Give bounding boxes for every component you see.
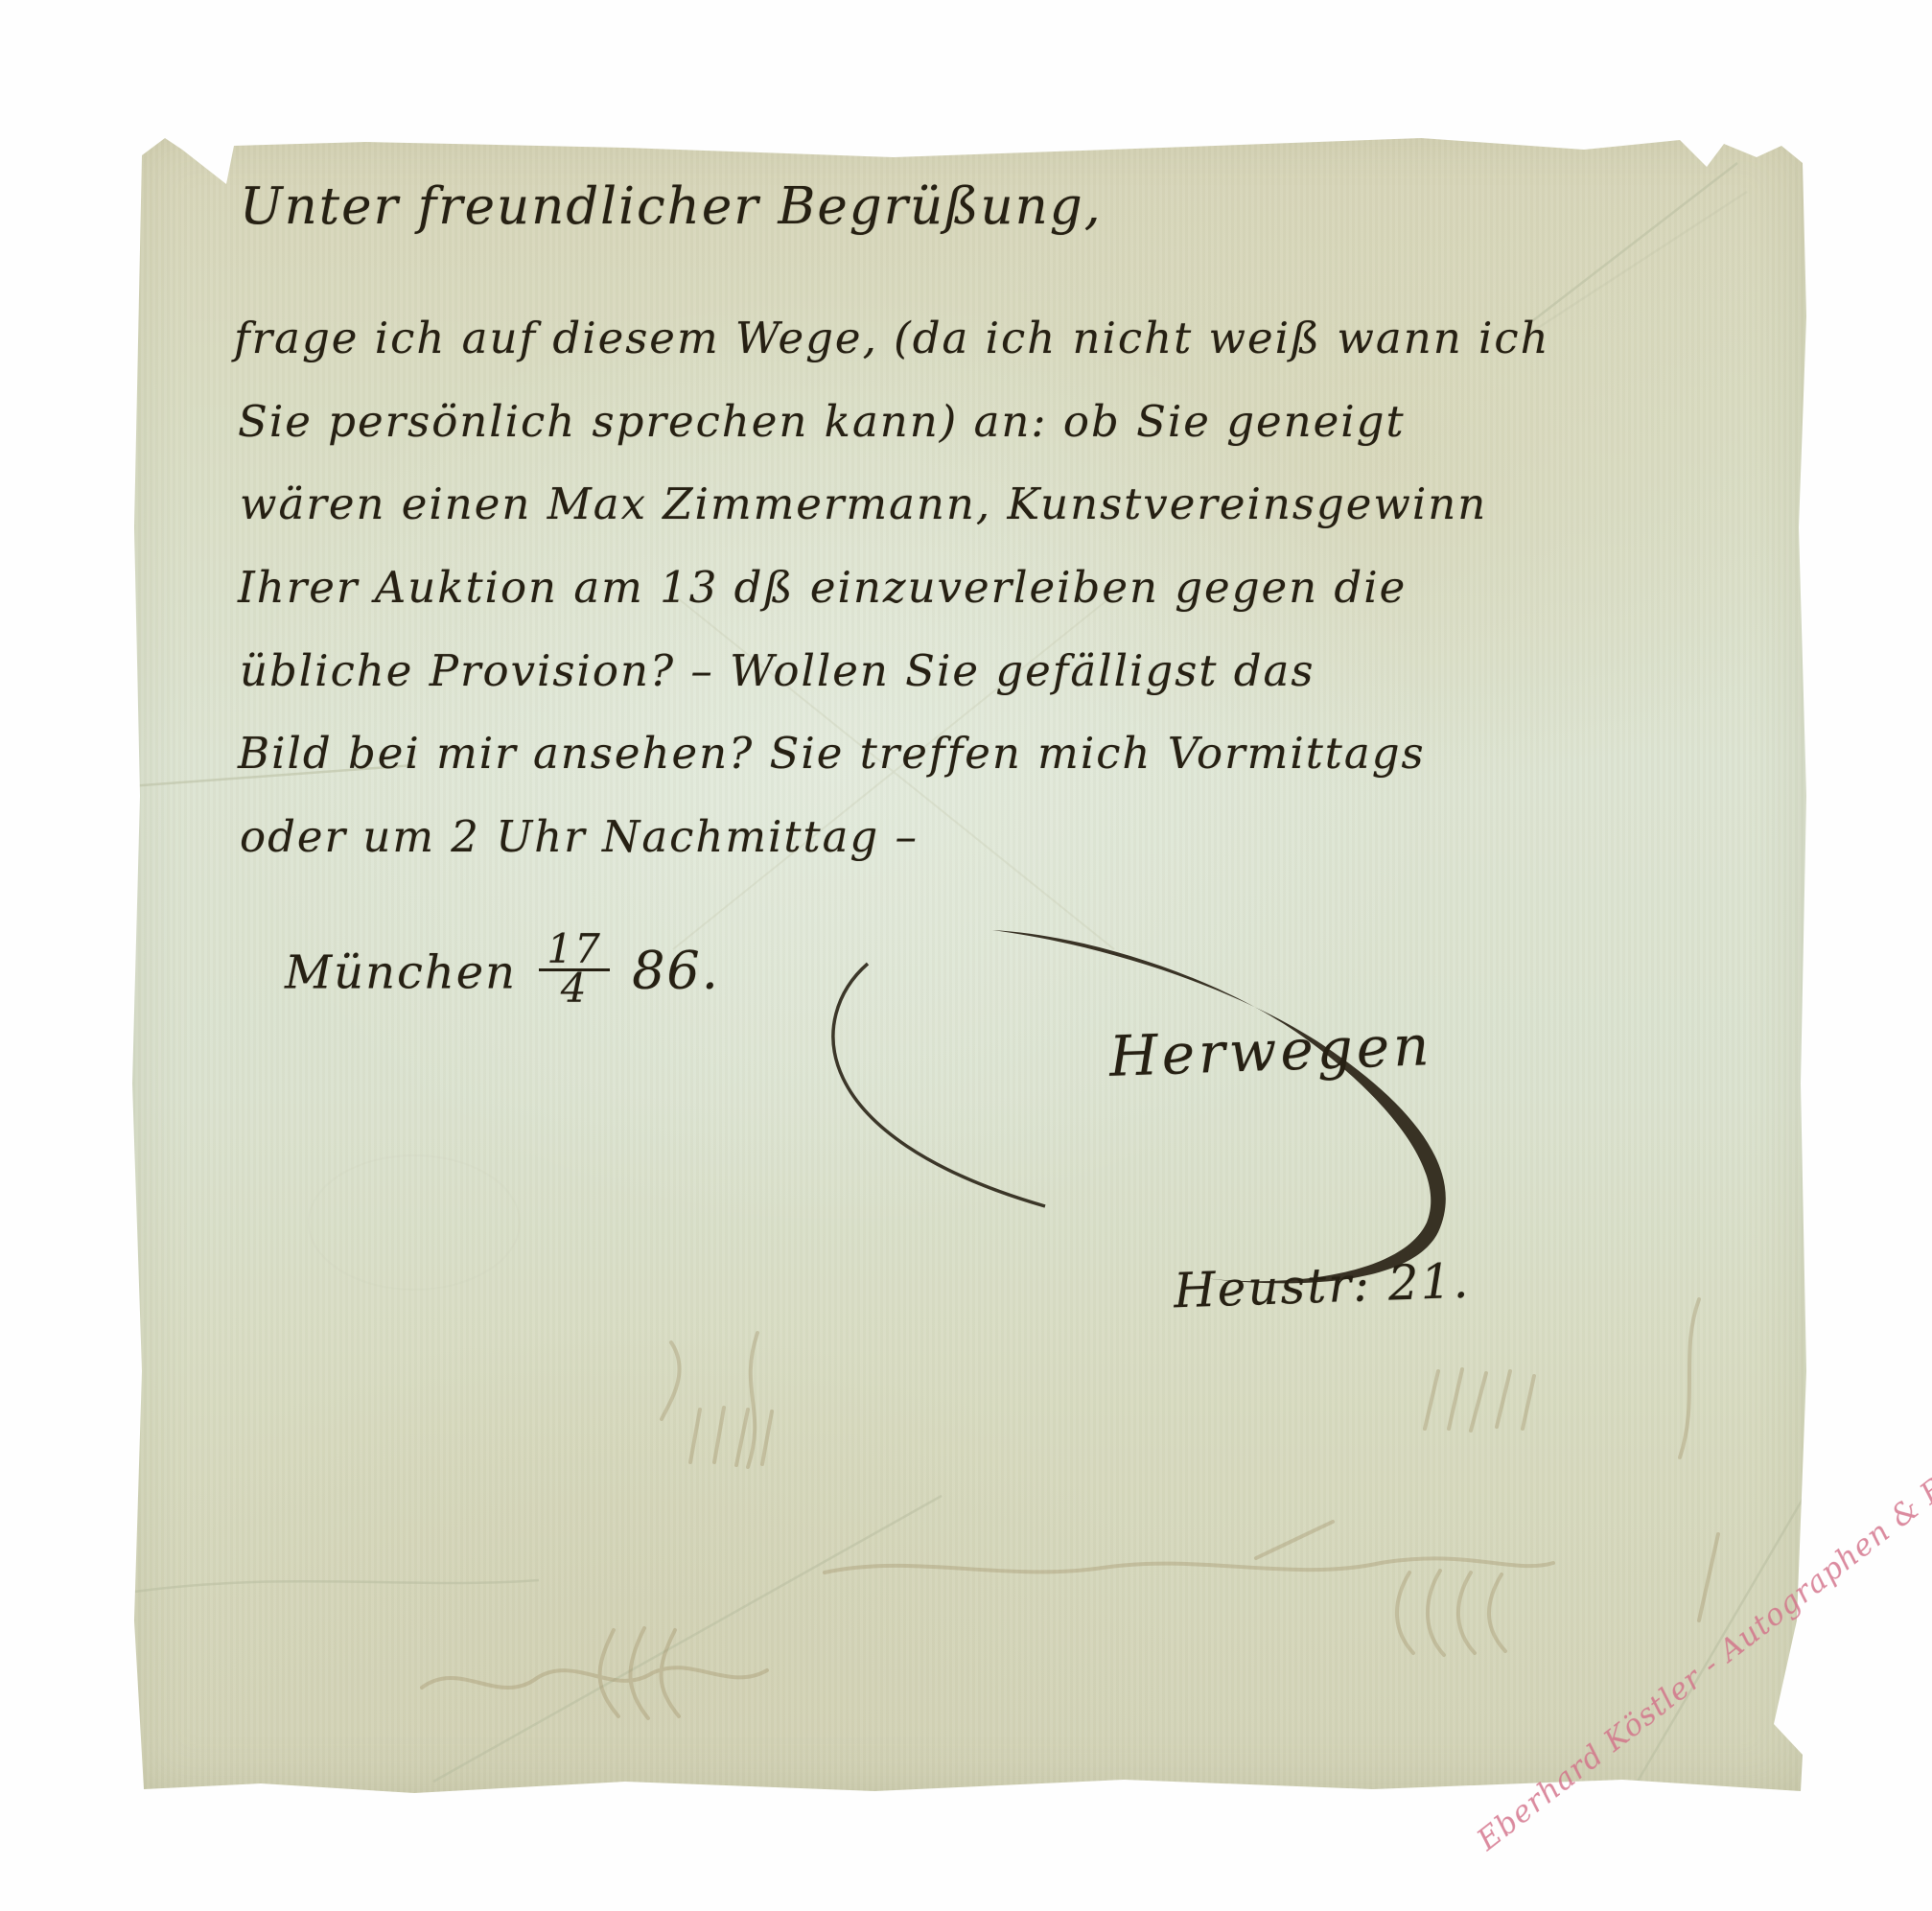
letter-line: Sie persönlich sprechen kann) an: ob Sie…	[238, 396, 1406, 447]
dateline: München 17 4 86.	[285, 932, 720, 1005]
letter-line: wären einen Max Zimmermann, Kunstvereins…	[240, 478, 1487, 529]
address-line: Heustr: 21.	[1173, 1253, 1471, 1319]
letter-line: Unter freundlicher Begrüßung,	[240, 177, 1103, 236]
letter-paper: Unter freundlicher Begrüßung, frage ich …	[127, 125, 1810, 1798]
letter-line: frage ich auf diesem Wege, (da ich nicht…	[234, 313, 1550, 363]
signature: Herwegen	[1108, 1013, 1434, 1089]
date-month: 4	[539, 971, 609, 1006]
letter-line: Ihrer Auktion am 13 dß einzuverleiben ge…	[238, 562, 1407, 613]
letter-line: Bild bei mir ansehen? Sie treffen mich V…	[238, 728, 1426, 779]
date-fraction: 17 4	[539, 932, 609, 1005]
bleedthrough-marks	[422, 1299, 1718, 1718]
letter-line: oder um 2 Uhr Nachmittag –	[240, 811, 919, 862]
letter-line: übliche Provision? – Wollen Sie gefällig…	[240, 645, 1315, 696]
date-year: 86.	[632, 941, 720, 1001]
signature-flourish	[833, 930, 1446, 1283]
scan-canvas: Unter freundlicher Begrüßung, frage ich …	[0, 0, 1932, 1911]
dateline-place: München	[285, 946, 517, 1000]
